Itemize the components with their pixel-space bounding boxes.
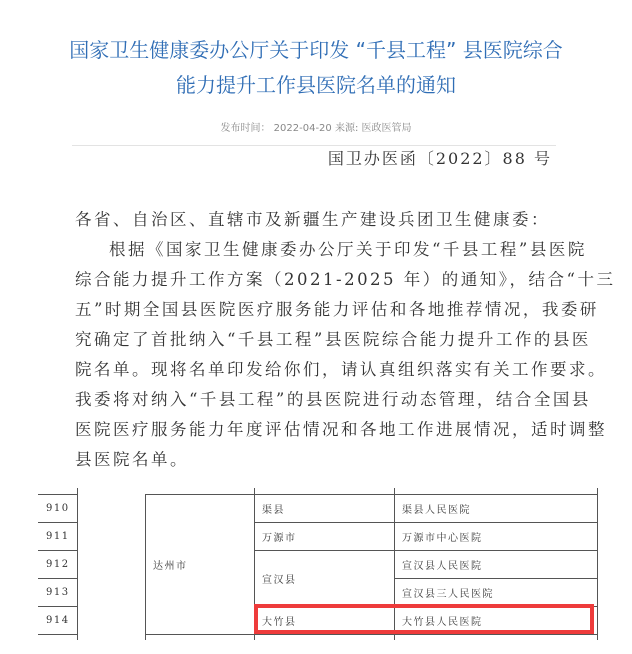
body-line: 综合能力提升工作方案（2021-2025 年）的通知》，结合“十三 [75, 265, 565, 295]
body-line: 五”时期全国县医院医疗服务能力评估和各地推荐情况，我委研 [75, 295, 565, 325]
article-title-line2: 能力提升工作县医院名单的通知 [0, 73, 632, 97]
hospital-cell: 宣汉县三人民医院 [394, 578, 597, 606]
hospital-cell: 渠县人民医院 [394, 494, 597, 522]
table-line [38, 634, 78, 635]
divider [72, 145, 556, 146]
body-line: 县医院名单。 [75, 445, 565, 475]
hospital-cell: 万源市中心医院 [394, 522, 597, 550]
county-cell: 渠县 [254, 494, 394, 522]
table-line [145, 634, 598, 635]
body-line: 究确定了首批纳入“千县工程”县医院综合能力提升工作的县医 [75, 325, 565, 355]
row-number: 910 [38, 494, 77, 522]
body-line: 我委将对纳入“千县工程”的县医院进行动态管理，结合全国县 [75, 385, 565, 415]
hospital-cell: 宣汉县人民医院 [394, 550, 597, 578]
row-number: 914 [38, 606, 77, 634]
row-number: 911 [38, 522, 77, 550]
row-number: 912 [38, 550, 77, 578]
body-line: 根据《国家卫生健康委办公厅关于印发“千县工程”县医院 [75, 235, 565, 265]
article-title-line1: 国家卫生健康委办公厅关于印发 “千县工程” 县医院综合 [0, 38, 632, 62]
row-number: 913 [38, 578, 77, 606]
article-body: 各省、自治区、直辖市及新疆生产建设兵团卫生健康委： 根据《国家卫生健康委办公厅关… [75, 205, 565, 475]
county-cell: 万源市 [254, 522, 394, 550]
publish-meta: 发布时间： 2022-04-20 来源: 医政医管局 [0, 122, 632, 136]
body-line: 医院医疗服务能力年度评估情况和各地工作进展情况，适时调整 [75, 415, 565, 445]
salutation: 各省、自治区、直辖市及新疆生产建设兵团卫生健康委： [75, 205, 565, 235]
highlight-box [254, 604, 594, 634]
city-cell: 达州市 [145, 494, 254, 634]
body-line: 院名单。现将名单印发给你们，请认真组织落实有关工作要求。 [75, 355, 565, 385]
table-line [597, 488, 598, 640]
county-cell: 宣汉县 [254, 550, 394, 606]
table-line [77, 488, 78, 640]
document-number: 国卫办医函〔2022〕88 号 [328, 148, 552, 170]
